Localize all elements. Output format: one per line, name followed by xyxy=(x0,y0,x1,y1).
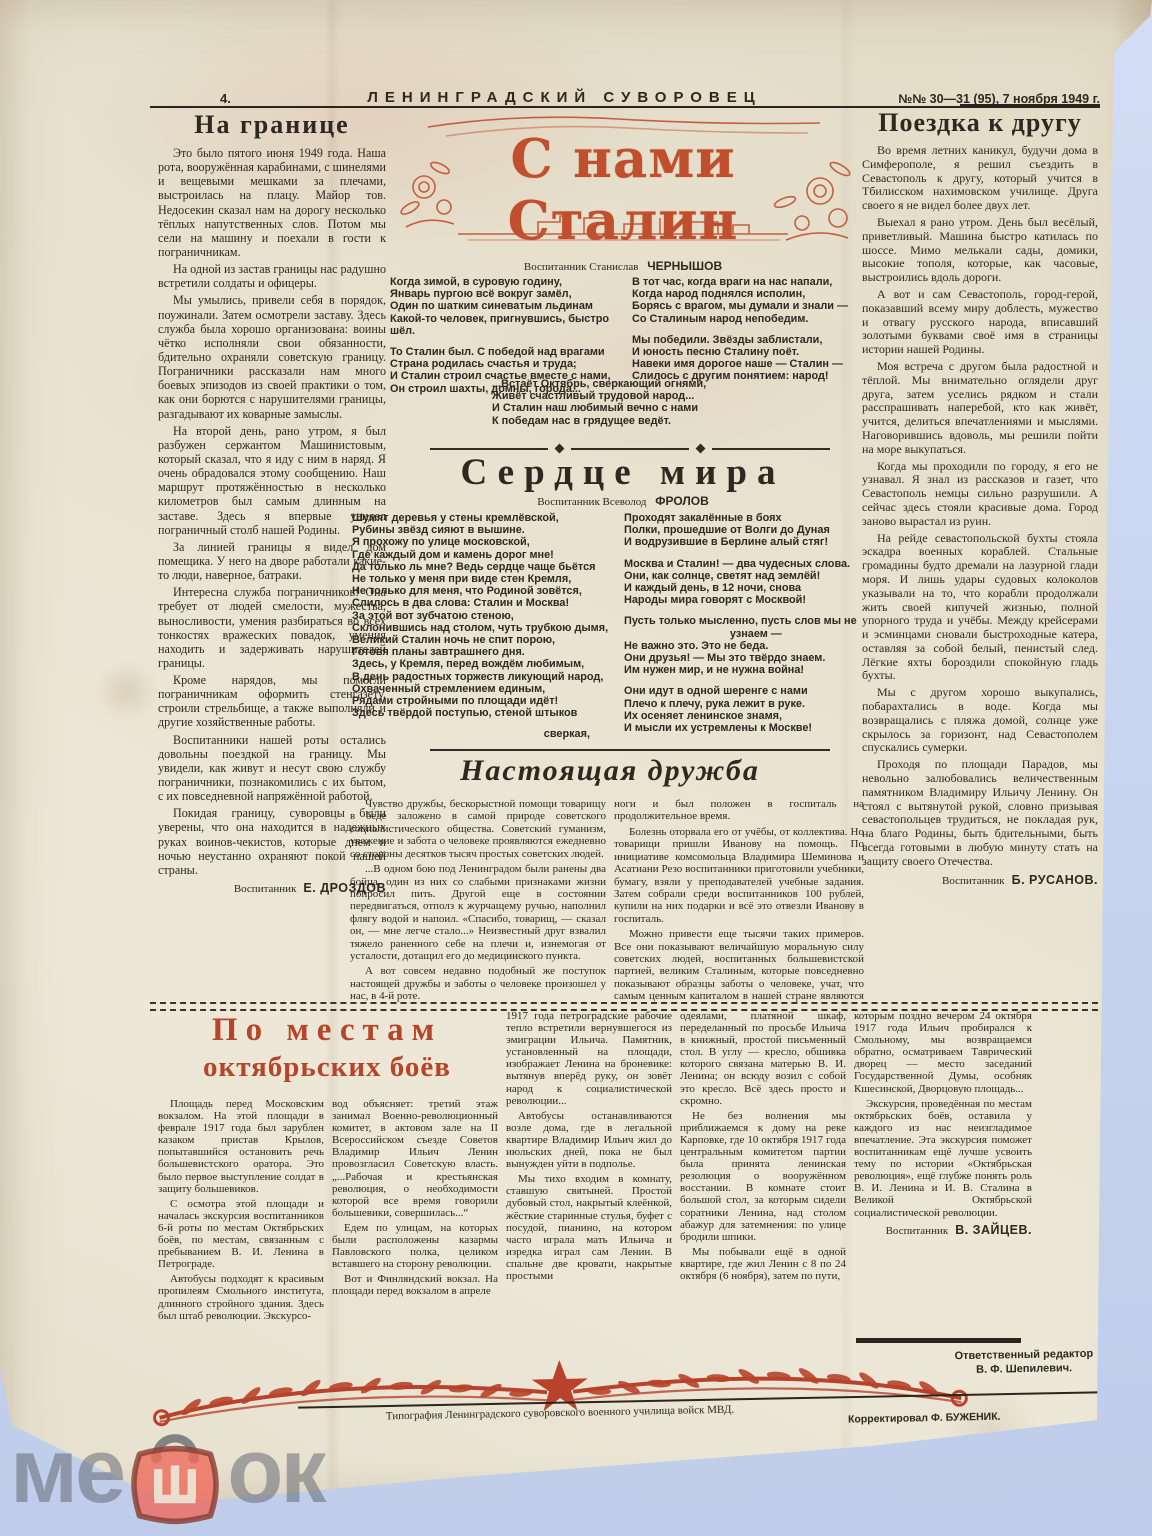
newspaper-page: 4. ЛЕНИНГРАДСКИЙ СУВОРОВЕЦ №№ 30—31 (95)… xyxy=(0,0,1152,1536)
paragraph: На одной из застав границы нас радушно в… xyxy=(158,262,386,290)
paragraph: Мы с другом хорошо выкупались, побарахта… xyxy=(862,686,1098,755)
paragraph: 1917 года петроградские рабочие тепло вс… xyxy=(506,1010,672,1107)
paragraph: Воспитанники нашей роты остались довольн… xyxy=(158,733,386,804)
paragraph: вод объясняет: третий этаж занимал Военн… xyxy=(332,1098,498,1219)
boev-column-4: одеялами, платяной шкаф, переделанный по… xyxy=(680,1010,846,1350)
byline: Воспитанник Станислав ЧЕРНЫШОВ xyxy=(388,259,858,273)
divider-line xyxy=(712,448,830,450)
poem-column-right: В тот час, когда враги на нас напали, Ко… xyxy=(632,276,868,392)
paragraph: Мы умылись, привели себя в порядок, поуж… xyxy=(158,293,386,420)
druzhba-right-column: ноги и был положен в госпиталь на продол… xyxy=(614,798,864,1006)
paragraph: ноги и был положен в госпиталь на продол… xyxy=(614,798,864,823)
stanza: Шумят деревья у стены кремлёвской, Рубин… xyxy=(352,512,618,719)
hanging-line: сверкая, xyxy=(352,728,618,740)
paragraph: Вот и Финляндский вокзал. На площади пер… xyxy=(332,1273,498,1297)
shopping-bag-icon xyxy=(119,1415,231,1527)
signature-prefix: Воспитанник xyxy=(942,875,1005,887)
stanza: Мы победили. Звёзды заблистали, И юность… xyxy=(632,334,868,383)
paragraph: А вот совсем недавно подобный же поступо… xyxy=(350,965,606,1002)
boev-column-1: Площадь перед Московским вокзалом. На эт… xyxy=(158,1098,324,1350)
boev-column-2: вод объясняет: третий этаж занимал Военн… xyxy=(332,1098,498,1350)
stalin-header: С нами Сталин xyxy=(388,106,858,258)
article-poezdka: Поездка к другу Во время летних каникул,… xyxy=(862,108,1098,998)
paragraph: Мы побывали ещё в одной квартире, где жи… xyxy=(680,1246,846,1282)
poem-finale: ...Встаёт Октябрь, сверкающий огнями, Жи… xyxy=(492,378,802,427)
stanza: Москва и Сталин! — два чудесных слова. О… xyxy=(624,558,870,607)
mesok-watermark: ме ок xyxy=(10,1408,370,1533)
byline-prefix: Воспитанник Станислав xyxy=(524,261,639,273)
paragraph: Когда мы проходили по городу, я его не у… xyxy=(862,460,1098,529)
paragraph: одеялами, платяной шкаф, переделанный по… xyxy=(680,1010,846,1107)
stanza: Когда зимой, в суровую годину, Январь пу… xyxy=(390,276,634,337)
title-line-1: По местам xyxy=(158,1012,496,1049)
paragraph: ...В одном бою под Ленинградом были ране… xyxy=(350,863,606,962)
signature: Воспитанник Б. РУСАНОВ. xyxy=(862,873,1098,887)
divider xyxy=(430,749,830,751)
byline-name: ЧЕРНЫШОВ xyxy=(647,259,722,273)
page-number: 4. xyxy=(220,91,231,106)
main-headline: С нами Сталин xyxy=(388,128,858,252)
poem-title-serdtse-mira: Сердце мира xyxy=(388,451,858,494)
paragraph: Мы тихо входим в комнату, ставшую святын… xyxy=(506,1173,672,1282)
stanza: В тот час, когда враги на нас напали, Ко… xyxy=(632,276,868,325)
boev-column-3: 1917 года петроградские рабочие тепло вс… xyxy=(506,1010,672,1350)
signature: Воспитанник В. ЗАЙЦЕВ. xyxy=(854,1223,1032,1237)
paragraph: Автобусы подходят к красивым пропилеям С… xyxy=(158,1273,324,1321)
watermark-text-left: ме xyxy=(10,1425,123,1517)
stanza: Они идут в одной шеренге с нами Плечо к … xyxy=(624,685,870,734)
signature-name: В. ЗАЙЦЕВ. xyxy=(955,1223,1032,1237)
paragraph: На рейде севастопольской бухты стояла эс… xyxy=(862,532,1098,684)
paragraph: Автобусы останавливаются возле дома, где… xyxy=(506,1110,672,1170)
corrector-credit: Корректировал Ф. БУЖЕНИК. xyxy=(848,1410,1018,1425)
poem-column-left: Шумят деревья у стены кремлёвской, Рубин… xyxy=(352,512,618,741)
paragraph: которым поздно вечером 24 октября 1917 г… xyxy=(854,1010,1032,1095)
paragraph: А вот и сам Севастополь, город-герой, по… xyxy=(862,288,1098,357)
paragraph: Это было пятого июня 1949 года. Наша рот… xyxy=(158,146,386,259)
paragraph: Моя встреча с другом была радостной и тё… xyxy=(862,360,1098,457)
paragraph: Во время летних каникул, будучи дома в С… xyxy=(862,144,1098,213)
article-title-boev: По местам октябрьских боёв xyxy=(158,1012,496,1084)
stanza: Пусть только мысленно, пусть слов мы не … xyxy=(624,615,870,676)
divider-line xyxy=(571,448,689,450)
byline-name: ФРОЛОВ xyxy=(655,494,709,508)
signature-prefix: Воспитанник xyxy=(234,883,297,895)
boev-column-5: которым поздно вечером 24 октября 1917 г… xyxy=(854,1010,1032,1336)
paragraph: Болезнь оторвала его от учёбы, от коллек… xyxy=(614,826,864,925)
paragraph: Можно привести еще тысячи таких примеров… xyxy=(614,928,864,1006)
divider-line xyxy=(430,448,548,450)
title-line-2: октябрьских боёв xyxy=(158,1051,496,1084)
paragraph: Не без волнения мы приближаемся к дому н… xyxy=(680,1110,846,1243)
photo-backdrop: 4. ЛЕНИНГРАДСКИЙ СУВОРОВЕЦ №№ 30—31 (95)… xyxy=(0,0,1152,1536)
poem-column-right: Проходят закалённые в боях Полки, прошед… xyxy=(624,512,870,743)
article-title: Поездка к другу xyxy=(862,108,1098,138)
paragraph: Чувство дружбы, бескорыстной помощи това… xyxy=(350,798,606,860)
signature-name: Б. РУСАНОВ. xyxy=(1012,873,1098,887)
signature-prefix: Воспитанник xyxy=(886,1225,949,1237)
paragraph: Выехал я рано утром. День был весёлый, п… xyxy=(862,216,1098,285)
paragraph: Едем по улицам, на которых были располож… xyxy=(332,1222,498,1270)
masthead: 4. ЛЕНИНГРАДСКИЙ СУВОРОВЕЦ №№ 30—31 (95)… xyxy=(150,82,1100,108)
byline: Воспитанник Всеволод ФРОЛОВ xyxy=(388,494,858,508)
article-title-druzhba: Настоящая дружба xyxy=(360,754,860,788)
article-title: На границе xyxy=(158,110,386,140)
paragraph: Экскурсия, проведённая по местам октябрь… xyxy=(854,1098,1032,1219)
paragraph: Площадь перед Московским вокзалом. На эт… xyxy=(158,1098,324,1195)
paragraph: Проходя по площади Парадов, мы невольно … xyxy=(862,758,1098,868)
paragraph: С осмотра этой площади и началась экскур… xyxy=(158,1198,324,1271)
newspaper-title: ЛЕНИНГРАДСКИЙ СУВОРОВЕЦ xyxy=(231,89,898,106)
stanza: Проходят закалённые в боях Полки, прошед… xyxy=(624,512,870,549)
watermark-text-right: ок xyxy=(227,1425,323,1517)
byline-prefix: Воспитанник Всеволод xyxy=(537,496,646,508)
druzhba-left-column: Чувство дружбы, бескорыстной помощи това… xyxy=(350,798,606,1006)
